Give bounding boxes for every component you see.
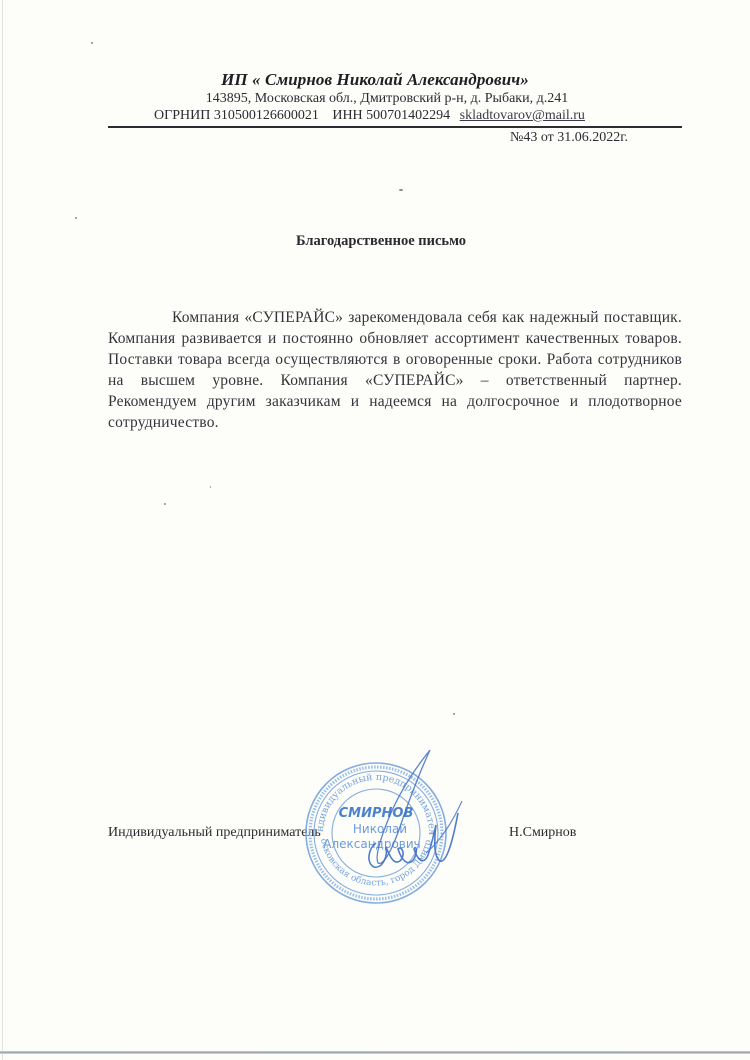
page-edge-bottom bbox=[0, 1051, 750, 1054]
scan-speck bbox=[210, 486, 211, 488]
document-number-date: №43 от 31.06.2022г. bbox=[510, 130, 628, 146]
signer-name: Н.Смирнов bbox=[509, 825, 576, 841]
document-body: Компания «СУПЕРАЙС» зарекомендовала себя… bbox=[108, 307, 682, 433]
document-title: Благодарственное письмо bbox=[0, 233, 750, 250]
inn: ИНН 500701402294 bbox=[332, 108, 450, 123]
letterhead-divider bbox=[108, 126, 682, 128]
handwritten-signature-icon bbox=[330, 745, 470, 880]
scan-speck bbox=[91, 42, 93, 44]
document-title-text: Благодарственное письмо bbox=[296, 233, 466, 249]
letterhead-title-text: ИП « Смирнов Николай Александрович» bbox=[221, 70, 529, 89]
letterhead-registration: ОГРНИП 310500126600021 ИНН 500701402294 … bbox=[154, 108, 585, 124]
scan-speck bbox=[75, 217, 77, 219]
email-link[interactable]: skladtovarov@mail.ru bbox=[460, 108, 585, 123]
scan-speck bbox=[453, 713, 455, 715]
letterhead-address: 143895, Московская обл., Дмитровский р-н… bbox=[0, 91, 750, 107]
page-edge-left bbox=[2, 0, 3, 1060]
letterhead-title: ИП « Смирнов Николай Александрович» bbox=[0, 70, 750, 90]
ogrnip: ОГРНИП 310500126600021 bbox=[154, 108, 319, 123]
scan-speck bbox=[164, 503, 166, 505]
scan-speck bbox=[399, 189, 403, 191]
signer-position: Индивидуальный предприниматель bbox=[108, 825, 321, 841]
letterhead-address-text: 143895, Московская обл., Дмитровский р-н… bbox=[206, 91, 568, 106]
